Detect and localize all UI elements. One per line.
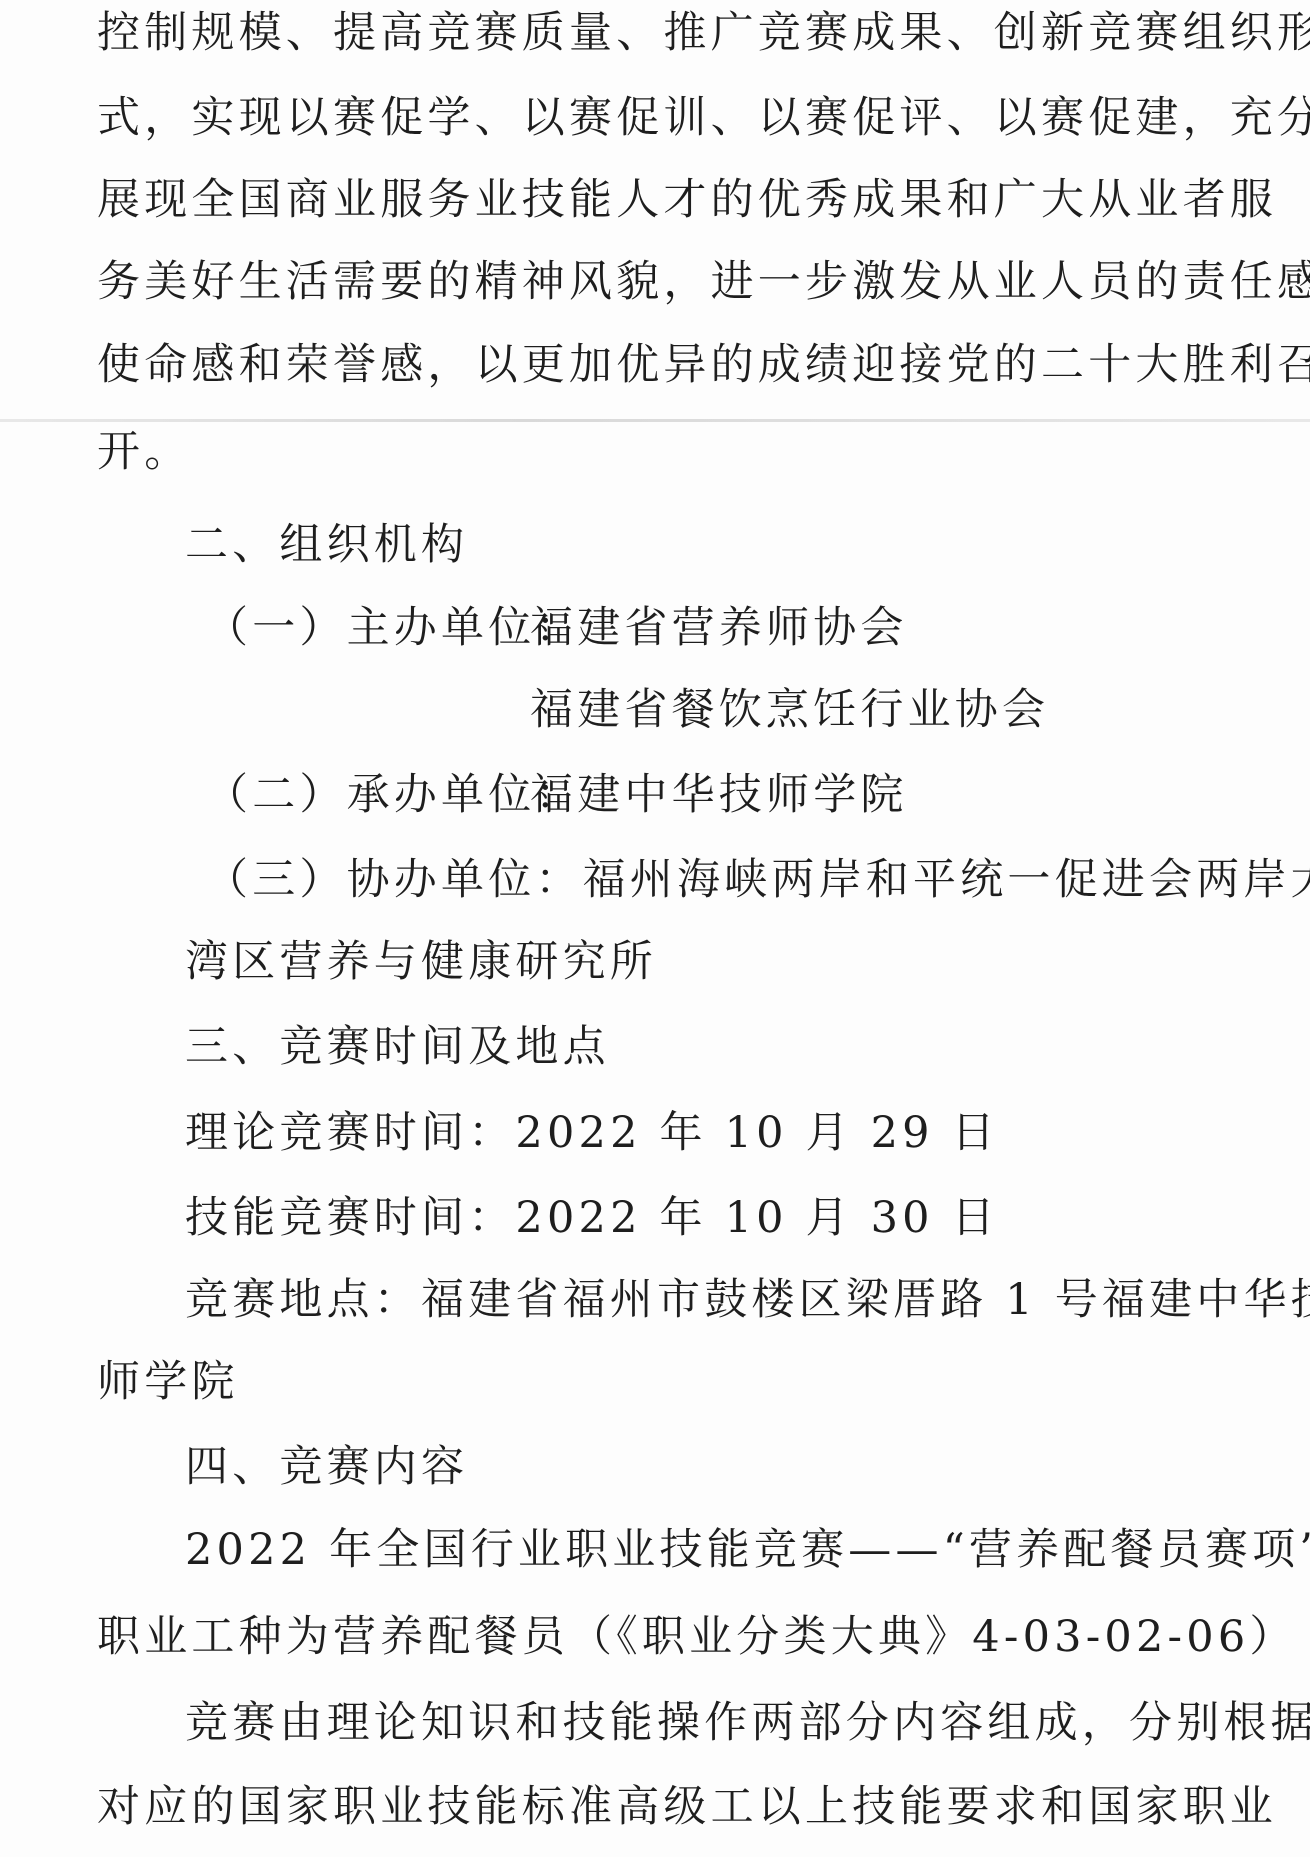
content-para2-line-1: 竞赛由理论知识和技能操作两部分内容组成，分别根据 [185,1693,1310,1753]
host-label: （二）承办单位： [205,765,583,825]
organizer-name-1: 福建省营养师协会 [530,598,908,658]
organizer-name-2: 福建省餐饮烹饪行业协会 [530,680,1049,740]
host-name: 福建中华技师学院 [530,765,908,825]
co-organizer-line-1: （三）协办单位：福州海峡两岸和平统一促进会两岸大 [205,850,1310,910]
content-para1-line-2: 职业工种为营养配餐员（《职业分类大典》4-03-02-06） [97,1607,1297,1667]
intro-line-6: 开。 [97,422,191,482]
organizer-label: （一）主办单位： [205,598,583,658]
section-4-heading: 四、竞赛内容 [185,1437,468,1497]
content-para1-line-1: 2022 年全国行业职业技能竞赛——“营养配餐员赛项” [185,1520,1310,1580]
section-2-heading: 二、组织机构 [185,515,468,575]
content-para2-line-2: 对应的国家职业技能标准高级工以上技能要求和国家职业 [97,1777,1277,1837]
intro-line-5: 使命感和荣誉感，以更加优异的成绩迎接党的二十大胜利召 [97,335,1310,395]
section-3-heading: 三、竞赛时间及地点 [185,1017,610,1077]
intro-line-1: 控制规模、提高竞赛质量、推广竞赛成果、创新竞赛组织形 [97,3,1310,63]
theory-time: 理论竞赛时间：2022 年 10 月 29 日 [185,1103,999,1163]
skill-time: 技能竞赛时间：2022 年 10 月 30 日 [185,1188,999,1248]
venue-line-1: 竞赛地点：福建省福州市鼓楼区梁厝路 1 号福建中华技 [185,1270,1310,1330]
intro-line-2: 式，实现以赛促学、以赛促训、以赛促评、以赛促建，充分 [97,88,1310,148]
co-organizer-line-2: 湾区营养与健康研究所 [185,932,657,992]
venue-line-2: 师学院 [97,1352,239,1412]
intro-line-3: 展现全国商业服务业技能人才的优秀成果和广大从业者服 [97,170,1277,230]
intro-line-4: 务美好生活需要的精神风貌，进一步激发从业人员的责任感、 [97,252,1310,312]
scan-bleed-line [0,419,1310,422]
scanned-document-page: 控制规模、提高竞赛质量、推广竞赛成果、创新竞赛组织形 式，实现以赛促学、以赛促训… [0,0,1310,1857]
